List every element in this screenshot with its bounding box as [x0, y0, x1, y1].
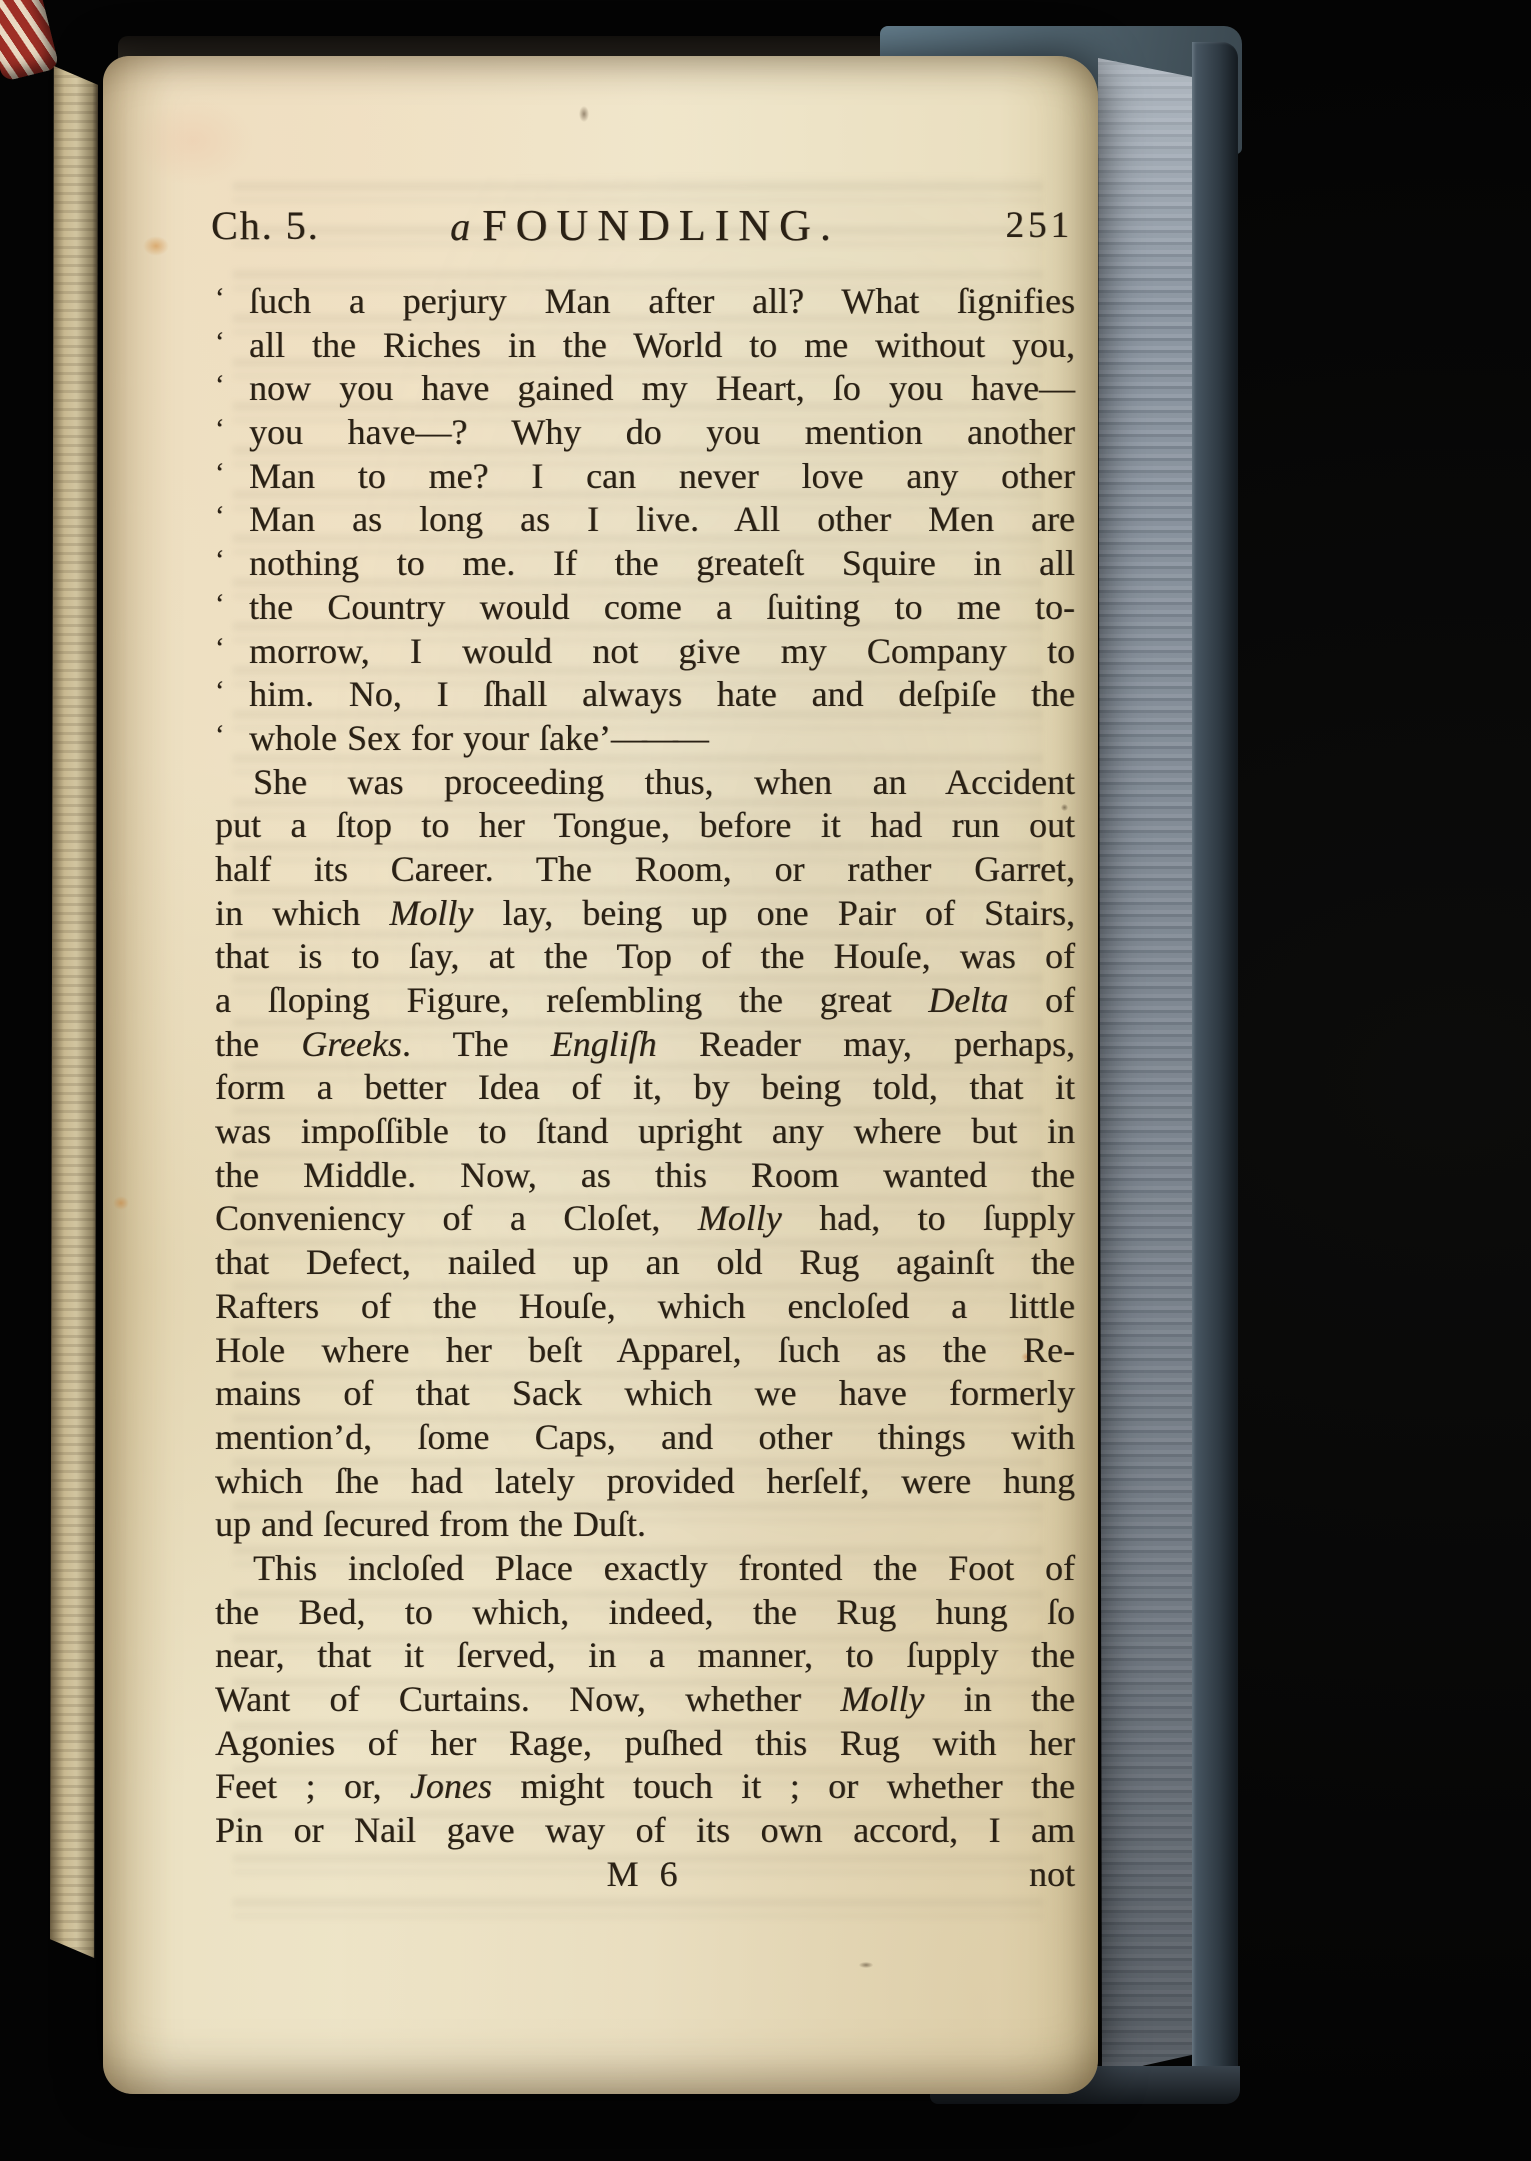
text-line: Pin or Nail gave way of its own accord, … — [215, 1809, 1075, 1853]
text-segment: mains of that Sack which we have formerl… — [215, 1373, 1075, 1413]
quote-mark: ‘ — [215, 539, 224, 583]
text-segment: the Bed, to which, indeed, the Rug hung … — [215, 1592, 1075, 1632]
text-line: ‘Man as long as I live. All other Men ar… — [215, 498, 1075, 542]
quote-mark: ‘ — [215, 452, 224, 496]
text-line: a ſloping Figure, reſembling the great D… — [215, 979, 1075, 1023]
page-number: 251 — [1006, 196, 1074, 256]
text-segment: that is to ſay, at the Top of the Houſe,… — [215, 936, 1075, 976]
text-line: ‘morrow, I would not give my Company to — [215, 630, 1075, 674]
text-line: ‘now you have gained my Heart, ſo you ha… — [215, 367, 1075, 411]
body-lines: ‘ſuch a perjury Man after all? What ſign… — [215, 280, 1075, 1853]
text-line: half its Career. The Room, or rather Gar… — [215, 848, 1075, 892]
quote-mark: ‘ — [215, 364, 224, 408]
italic-text: Greeks — [301, 1024, 402, 1064]
chapter-label: Ch. 5. — [211, 196, 320, 256]
quote-mark: ‘ — [215, 408, 224, 452]
text-segment: form a better Idea of it, by being told,… — [215, 1067, 1075, 1107]
italic-text: Engliſh — [551, 1024, 657, 1064]
quote-mark: ‘ — [215, 321, 224, 365]
text-line: the Middle. Now, as this Room wanted the — [215, 1154, 1075, 1198]
text-segment: in which — [215, 893, 389, 933]
text-block: Ch. 5. aFOUNDLING. 251 ‘ſuch a perjury M… — [215, 196, 1075, 1897]
italic-text: Molly — [840, 1679, 924, 1719]
running-title-main: FOUNDLING. — [482, 201, 840, 250]
book-scan: Ch. 5. aFOUNDLING. 251 ‘ſuch a perjury M… — [0, 0, 1531, 2161]
text-segment: in the — [924, 1679, 1075, 1719]
italic-text: Molly — [389, 893, 473, 933]
text-segment: put a ſtop to her Tongue, before it had … — [215, 805, 1075, 845]
spine-endband — [0, 0, 60, 82]
text-segment: the Middle. Now, as this Room wanted the — [215, 1155, 1075, 1195]
text-segment: Want of Curtains. Now, whether — [215, 1679, 840, 1719]
running-title: aFOUNDLING. — [450, 196, 840, 266]
running-title-article: a — [450, 204, 470, 249]
text-segment: you have—? Why do you mention another — [249, 412, 1075, 452]
text-line: that is to ſay, at the Top of the Houſe,… — [215, 935, 1075, 979]
text-segment: Man to me? I can never love any other — [249, 456, 1075, 496]
quote-mark: ‘ — [215, 714, 224, 758]
text-segment: She was proceeding thus, when an Acciden… — [253, 762, 1075, 802]
text-segment: him. No, I ſhall always hate and deſpiſe… — [249, 674, 1075, 714]
text-line: ‘the Country would come a ſuiting to me … — [215, 586, 1075, 630]
signature-mark: M 6 — [606, 1853, 683, 1895]
text-line: Hole where her beſt Apparel, ſuch as the… — [215, 1329, 1075, 1373]
text-line: up and ſecured from the Duſt. — [215, 1503, 1075, 1547]
text-segment: This incloſed Place exactly fronted the … — [253, 1548, 1075, 1588]
text-segment: morrow, I would not give my Company to — [249, 631, 1075, 671]
text-segment: Feet ; or, — [215, 1766, 410, 1806]
catchword: not — [1029, 1853, 1075, 1895]
foxing-stain — [113, 1196, 129, 1210]
text-segment: Conveniency of a Cloſet, — [215, 1198, 698, 1238]
text-line: the Bed, to which, indeed, the Rug hung … — [215, 1591, 1075, 1635]
text-line: the Greeks. The Engliſh Reader may, perh… — [215, 1023, 1075, 1067]
text-segment: Pin or Nail gave way of its own accord, … — [215, 1810, 1075, 1850]
quote-mark: ‘ — [215, 583, 224, 627]
italic-text: Molly — [698, 1198, 782, 1238]
text-line: Feet ; or, Jones might touch it ; or whe… — [215, 1765, 1075, 1809]
paper-discoloration — [133, 96, 253, 186]
text-segment: half its Career. The Room, or rather Gar… — [215, 849, 1075, 889]
quote-mark: ‘ — [215, 627, 224, 671]
text-line: was impoſſible to ſtand upright any wher… — [215, 1110, 1075, 1154]
text-segment: that Defect, nailed up an old Rug againſ… — [215, 1242, 1075, 1282]
text-segment: . The — [402, 1024, 551, 1064]
text-segment: up and ſecured from the Duſt. — [215, 1504, 646, 1544]
book-page: Ch. 5. aFOUNDLING. 251 ‘ſuch a perjury M… — [103, 56, 1098, 2094]
ink-speck — [859, 1962, 873, 1968]
text-segment: ſuch a perjury Man after all? What ſigni… — [249, 281, 1075, 321]
page-header: Ch. 5. aFOUNDLING. 251 — [215, 196, 1075, 256]
text-segment: whole Sex for your ſake’ — [249, 718, 611, 758]
italic-text: Delta — [928, 980, 1008, 1020]
text-segment: Agonies of her Rage, puſhed this Rug wit… — [215, 1723, 1075, 1763]
text-line: mention’d, ſome Caps, and other things w… — [215, 1416, 1075, 1460]
text-line: ‘ſuch a perjury Man after all? What ſign… — [215, 280, 1075, 324]
text-line: Conveniency of a Cloſet, Molly had, to ſ… — [215, 1197, 1075, 1241]
text-line: mains of that Sack which we have formerl… — [215, 1372, 1075, 1416]
text-segment: a ſloping Figure, reſembling the great — [215, 980, 928, 1020]
signature-row: M 6 not — [215, 1853, 1075, 1897]
text-segment: the Country would come a ſuiting to me t… — [249, 587, 1075, 627]
text-line: ‘whole Sex for your ſake’——— — [215, 717, 1075, 761]
text-line: Rafters of the Houſe, which encloſed a l… — [215, 1285, 1075, 1329]
text-segment: Reader may, perhaps, — [657, 1024, 1075, 1064]
text-segment: was impoſſible to ſtand upright any wher… — [215, 1111, 1075, 1151]
text-line: near, that it ſerved, in a manner, to ſu… — [215, 1634, 1075, 1678]
text-segment: might touch it ; or whether the — [492, 1766, 1075, 1806]
text-segment: ——— — [611, 718, 704, 758]
text-line: form a better Idea of it, by being told,… — [215, 1066, 1075, 1110]
facing-page-edge — [50, 66, 98, 1958]
quote-mark: ‘ — [215, 277, 224, 321]
fore-edge-page-stack — [1098, 58, 1198, 2075]
text-line: She was proceeding thus, when an Acciden… — [215, 761, 1075, 805]
text-line: put a ſtop to her Tongue, before it had … — [215, 804, 1075, 848]
text-segment: of — [1008, 980, 1075, 1020]
text-segment: had, to ſupply — [782, 1198, 1075, 1238]
quote-mark: ‘ — [215, 670, 224, 714]
text-segment: Hole where her beſt Apparel, ſuch as the… — [215, 1330, 1075, 1370]
book-cover-edge — [1192, 42, 1238, 2088]
foxing-stain — [143, 236, 169, 256]
text-line: ‘him. No, I ſhall always hate and deſpiſ… — [215, 673, 1075, 717]
text-segment: now you have gained my Heart, ſo you hav… — [249, 368, 1075, 408]
text-line: ‘nothing to me. If the greateſt Squire i… — [215, 542, 1075, 586]
text-segment: Rafters of the Houſe, which encloſed a l… — [215, 1286, 1075, 1326]
text-line: ‘Man to me? I can never love any other — [215, 455, 1075, 499]
text-line: Want of Curtains. Now, whether Molly in … — [215, 1678, 1075, 1722]
text-line: in which Molly lay, being up one Pair of… — [215, 892, 1075, 936]
text-segment: the — [215, 1024, 301, 1064]
text-segment: lay, being up one Pair of Stairs, — [473, 893, 1075, 933]
quote-mark: ‘ — [215, 495, 224, 539]
text-segment: mention’d, ſome Caps, and other things w… — [215, 1417, 1075, 1457]
text-segment: Man as long as I live. All other Men are — [249, 499, 1075, 539]
text-segment: nothing to me. If the greateſt Squire in… — [249, 543, 1075, 583]
ink-speck — [579, 106, 589, 122]
text-line: Agonies of her Rage, puſhed this Rug wit… — [215, 1722, 1075, 1766]
text-segment: all the Riches in the World to me withou… — [249, 325, 1075, 365]
text-line: that Defect, nailed up an old Rug againſ… — [215, 1241, 1075, 1285]
text-segment: near, that it ſerved, in a manner, to ſu… — [215, 1635, 1075, 1675]
text-line: This incloſed Place exactly fronted the … — [215, 1547, 1075, 1591]
text-line: ‘you have—? Why do you mention another — [215, 411, 1075, 455]
text-segment: which ſhe had lately provided herſelf, w… — [215, 1461, 1075, 1501]
text-line: which ſhe had lately provided herſelf, w… — [215, 1460, 1075, 1504]
text-line: ‘all the Riches in the World to me witho… — [215, 324, 1075, 368]
italic-text: Jones — [410, 1766, 492, 1806]
